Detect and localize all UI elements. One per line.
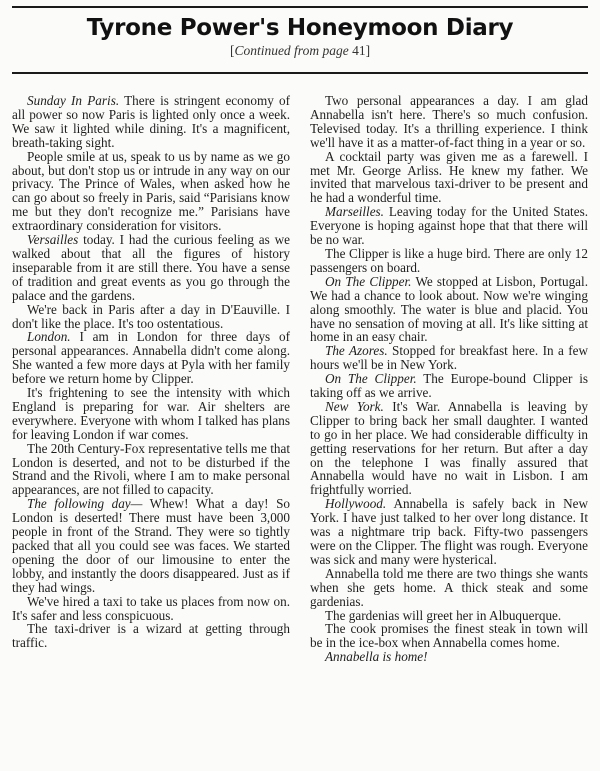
- continued-page: 41: [352, 43, 366, 58]
- continued-label: Continued from page: [234, 43, 348, 58]
- closing-text: Annabella is home!: [325, 649, 428, 664]
- top-rule: [12, 6, 588, 8]
- entry-heading: Versailles: [27, 232, 78, 247]
- entry-heading: Sunday In Paris.: [27, 93, 119, 108]
- paragraph: We've hired a taxi to take us places fro…: [12, 595, 290, 623]
- paragraph: The following day— Whew! What a day! So …: [12, 497, 290, 594]
- paragraph-text: Whew! What a day! So London is deserted!…: [12, 496, 290, 594]
- paragraph-text: A cocktail party was given me as a fare­…: [310, 149, 588, 206]
- entry-heading: New York.: [325, 399, 384, 414]
- paragraph: On The Clipper. We stopped at Lisbon, Po…: [310, 275, 588, 345]
- paragraph: The 20th Century-Fox representative tell…: [12, 442, 290, 498]
- paragraph: Sunday In Paris. There is stringent econ…: [12, 94, 290, 150]
- bottom-rule: [12, 72, 588, 74]
- paragraph: Versailles today. I had the curious feel…: [12, 233, 290, 303]
- paragraph: On The Clipper. The Europe-bound Clip­pe…: [310, 372, 588, 400]
- paragraph: The taxi-driver is a wizard at getting t…: [12, 622, 290, 650]
- closing-line: Annabella is home!: [310, 650, 588, 664]
- paragraph: Hollywood. Annabella is safely back in N…: [310, 497, 588, 567]
- entry-heading: Hollywood.: [325, 496, 386, 511]
- paragraph: Marseilles. Leaving today for the United…: [310, 205, 588, 247]
- paragraph: New York. It's War. Annabella is leav­in…: [310, 400, 588, 497]
- paragraph-text: The taxi-driver is a wizard at getting t…: [12, 621, 290, 650]
- article-title: Tyrone Power's Honeymoon Diary: [0, 14, 600, 42]
- paragraph-text: We've hired a taxi to take us places fro…: [12, 594, 290, 623]
- paragraph-text: The cook promises the finest steak in to…: [310, 621, 588, 650]
- paragraph: London. I am in London for three days of…: [12, 330, 290, 386]
- paragraph-text: The 20th Century-Fox representative tell…: [12, 441, 290, 498]
- continued-note: [Continued from page 41]: [0, 42, 600, 60]
- left-column: Sunday In Paris. There is stringent econ…: [12, 94, 290, 650]
- paragraph-text: Two personal appearances a day. I am gla…: [310, 93, 588, 150]
- paragraph-text: It's War. Annabella is leav­ing by Clipp…: [310, 399, 588, 497]
- paragraph-text: Annabella told me there are two things s…: [310, 566, 588, 609]
- entry-heading: London.: [27, 329, 71, 344]
- paragraph-text: It's frightening to see the intensity wi…: [12, 385, 290, 442]
- entry-heading: The Azores.: [325, 343, 388, 358]
- entry-heading: On The Clipper.: [325, 371, 417, 386]
- paragraph: A cocktail party was given me as a fare­…: [310, 150, 588, 206]
- paragraph: We're back in Paris after a day in D'Eau…: [12, 303, 290, 331]
- paragraph: People smile at us, speak to us by name …: [12, 150, 290, 233]
- paragraph-text: People smile at us, speak to us by name …: [12, 149, 290, 234]
- paragraph: Two personal appearances a day. I am gla…: [310, 94, 588, 150]
- entry-heading: The following day—: [27, 496, 142, 511]
- paragraph: The Clipper is like a huge bird. There a…: [310, 247, 588, 275]
- paragraph: The Azores. Stopped for breakfast here. …: [310, 344, 588, 372]
- paragraph-text: We're back in Paris after a day in D'Eau…: [12, 302, 290, 331]
- article-header: Tyrone Power's Honeymoon Diary [Continue…: [0, 14, 600, 60]
- paragraph: Annabella told me there are two things s…: [310, 567, 588, 609]
- right-column: Two personal appearances a day. I am gla…: [310, 94, 588, 664]
- paragraph: It's frightening to see the intensity wi…: [12, 386, 290, 442]
- bracket-close: ]: [366, 43, 371, 58]
- entry-heading: Marseilles.: [325, 204, 384, 219]
- entry-heading: On The Clipper.: [325, 274, 411, 289]
- paragraph-text: The gardenias will greet her in Albu­que…: [325, 608, 561, 623]
- paragraph: The gardenias will greet her in Albu­que…: [310, 609, 588, 623]
- paragraph-text: The Clipper is like a huge bird. There a…: [310, 246, 588, 275]
- paragraph: The cook promises the finest steak in to…: [310, 622, 588, 650]
